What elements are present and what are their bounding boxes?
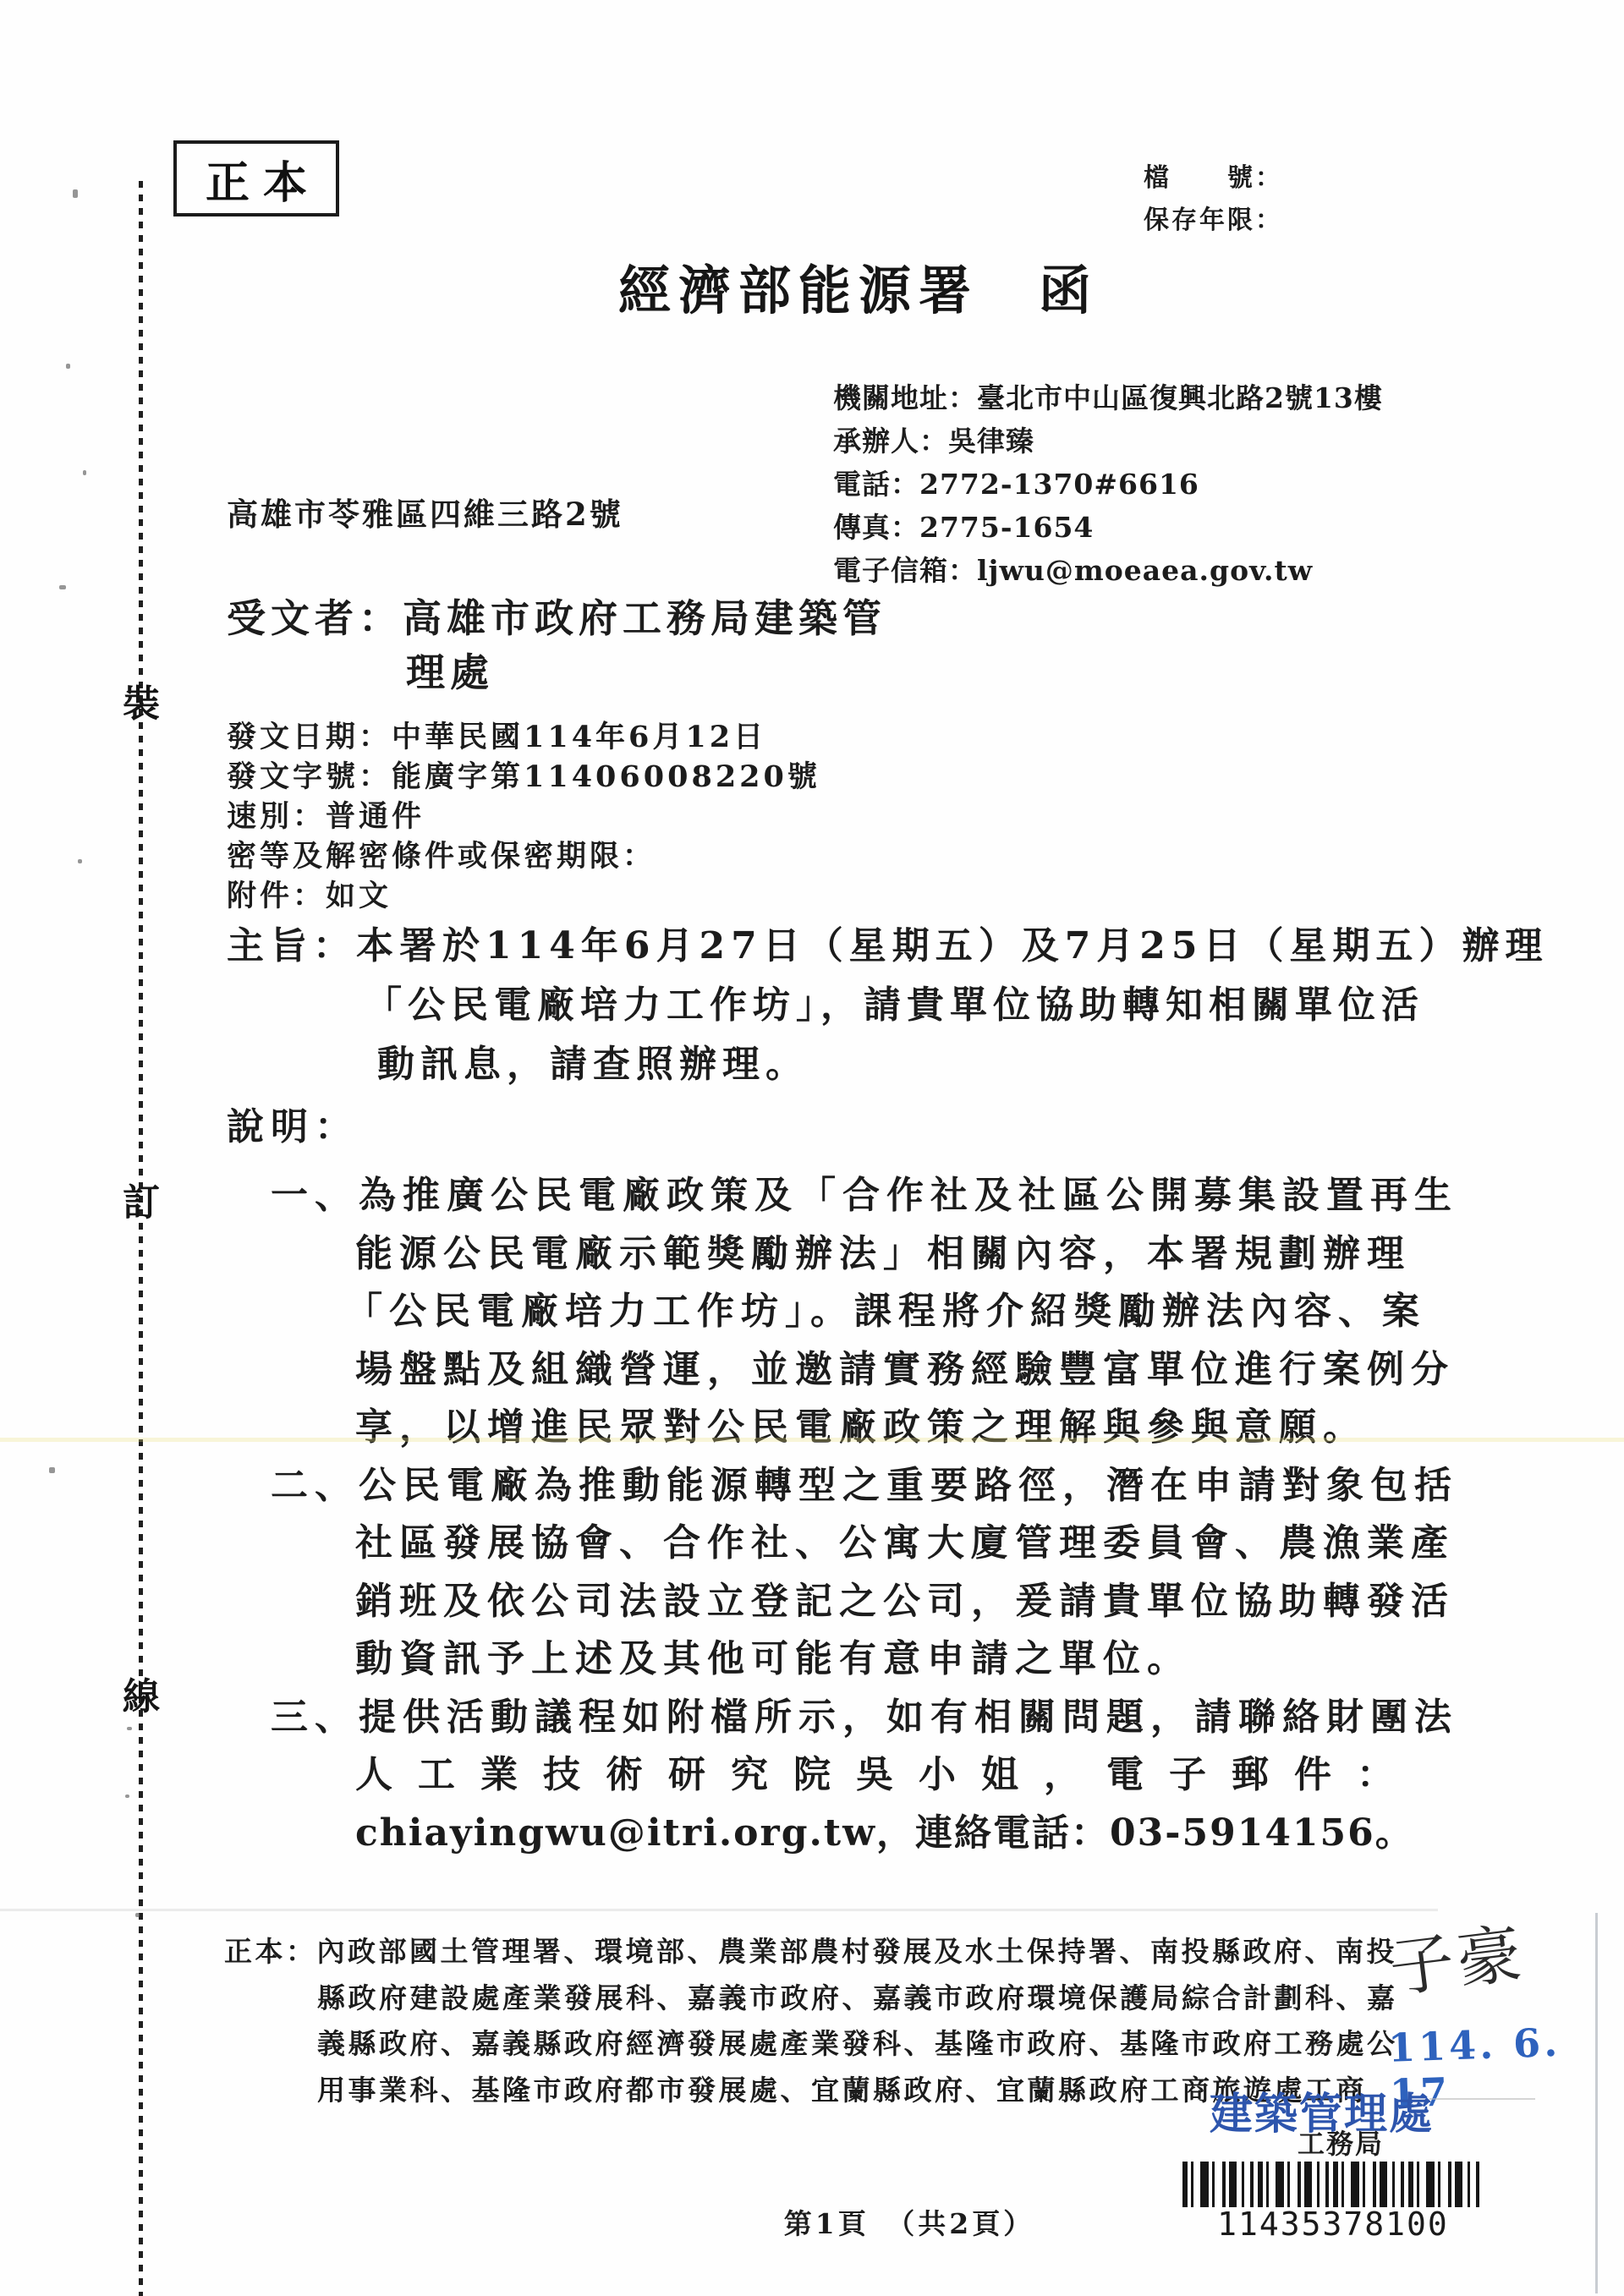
agency-info-block: 機關地址：臺北市中山區復興北路2號13樓 承辦人：吳律臻 電話：2772-137…: [833, 376, 1383, 592]
scan-speck: [135, 1913, 140, 1917]
retention-period-label: 保存年限：: [1144, 200, 1283, 242]
item3-line-2: 人工業技術研究院吳小姐，電子郵件：: [271, 1746, 1489, 1805]
item2-line-2: 社區發展協會、合作社、公寓大廈管理委員會、農漁業產: [271, 1515, 1489, 1573]
scan-speck: [73, 189, 78, 198]
barcode-number: 11435378100: [1182, 2206, 1484, 2243]
scan-paper-edge: [1595, 1913, 1598, 2293]
item2-line-1: 二、公民電廠為推動能源轉型之重要路徑，潛在申請對象包括: [271, 1457, 1489, 1515]
recipient-block: 受文者：高雄市政府工務局建築管 理處: [227, 591, 886, 699]
subject-line-3: 動訊息，請查照辦理。: [227, 1035, 1549, 1094]
scan-speck: [78, 859, 82, 863]
file-number-block: 檔 號： 保存年限：: [1144, 157, 1283, 242]
scan-speck: [83, 470, 86, 475]
item3-line-1: 三、提供活動議程如附檔所示，如有相關問題，請聯絡財團法: [271, 1689, 1489, 1747]
scan-speck: [49, 1467, 55, 1473]
cc-line-2: 縣政府建設處產業發展科、嘉義市政府、嘉義市政府環境保護局綜合計劃科、嘉: [224, 1975, 1425, 2022]
bureau-label: 工務局: [1298, 2123, 1384, 2162]
subject-line-2: 「公民電廠培力工作坊」，請貴單位協助轉知相關單位活: [227, 976, 1549, 1035]
attachment-note: 附件：如文: [227, 876, 820, 916]
recipient-line-2: 理處: [227, 645, 886, 699]
scan-streak-gray: [0, 1909, 1438, 1911]
cc-line-3: 義縣政府、嘉義縣政府經濟發展處產業發科、基隆市政府、基隆市政府工務處公: [224, 2021, 1425, 2068]
agency-email: 電子信箱：ljwu@moeaea.gov.tw: [833, 549, 1383, 592]
barcode: [1182, 2162, 1484, 2207]
security-classification: 密等及解密條件或保密期限：: [227, 836, 820, 876]
item2-line-4: 動資訊予上述及其他可能有意申請之單位。: [271, 1630, 1489, 1689]
binding-dashed-line: [139, 181, 143, 2296]
scan-speck: [125, 1795, 129, 1798]
agency-fax: 傳真：2775-1654: [833, 506, 1383, 549]
scan-speck: [127, 1727, 132, 1730]
binding-mark-xian: 線: [119, 1666, 163, 1720]
item3-line-3: chiayingwu@itri.org.tw，連絡電話：03-5914156。: [271, 1805, 1489, 1863]
cc-line-1: 正本：內政部國土管理署、環境部、農業部農村發展及水土保持署、南投縣政府、南投: [224, 1929, 1425, 1975]
document-meta-block: 發文日期：中華民國114年6月12日 發文字號：能廣字第11406008220號…: [227, 717, 820, 916]
item1-line-3: 「公民電廠培力工作坊」。課程將介紹獎勵辦法內容、案: [271, 1283, 1489, 1341]
document-number: 發文字號：能廣字第11406008220號: [227, 757, 820, 797]
document-title: 經濟部能源署 函: [0, 249, 1624, 324]
scan-speck: [66, 364, 70, 369]
item2-line-3: 銷班及依公司法設立登記之公司，爰請貴單位協助轉發活: [271, 1573, 1489, 1631]
subject-block: 主旨：本署於114年6月27日（星期五）及7月25日（星期五）辦理 「公民電廠培…: [227, 917, 1549, 1094]
page-number-footer: 第1頁 （共2頁）: [719, 2202, 1100, 2242]
issue-date: 發文日期：中華民國114年6月12日: [227, 717, 820, 757]
agency-contact-person: 承辦人：吳律臻: [833, 419, 1383, 463]
handwritten-signature: 子豪: [1384, 1902, 1529, 2010]
scan-streak-yellow: [0, 1438, 1624, 1442]
agency-phone: 電話：2772-1370#6616: [833, 463, 1383, 506]
item1-line-1: 一、為推廣公民電廠政策及「合作社及社區公開募集設置再生: [271, 1167, 1489, 1225]
scan-speck: [59, 585, 66, 589]
copy-type-box: 正本: [173, 140, 339, 216]
recipient-postal-address: 高雄市苓雅區四維三路2號: [227, 489, 623, 534]
file-number-label: 檔 號：: [1144, 157, 1283, 200]
item1-line-2: 能源公民電廠示範獎勵辦法」相關內容，本署規劃辦理: [271, 1225, 1489, 1284]
binding-mark-zhuang: 裝: [119, 673, 163, 727]
explanation-label: 說明：: [227, 1096, 359, 1150]
binding-mark-ding: 訂: [119, 1172, 163, 1226]
scanned-official-letter: 裝 訂 線 正本 檔 號： 保存年限： 經濟部能源署 函 機關地址：臺北市中山區…: [0, 0, 1624, 2296]
priority-level: 速別：普通件: [227, 797, 820, 836]
item1-line-5: 享，以增進民眾對公民電廠政策之理解與參與意願。: [271, 1399, 1489, 1457]
agency-address: 機關地址：臺北市中山區復興北路2號13樓: [833, 376, 1383, 419]
explanation-items: 一、為推廣公民電廠政策及「合作社及社區公開募集設置再生 能源公民電廠示範獎勵辦法…: [271, 1167, 1489, 1862]
subject-line-1: 主旨：本署於114年6月27日（星期五）及7月25日（星期五）辦理: [227, 917, 1549, 976]
item1-line-4: 場盤點及組織營運，並邀請實務經驗豐富單位進行案例分: [271, 1341, 1489, 1400]
scan-faint-line: [1429, 2098, 1535, 2100]
recipient-line-1: 受文者：高雄市政府工務局建築管: [227, 591, 886, 645]
